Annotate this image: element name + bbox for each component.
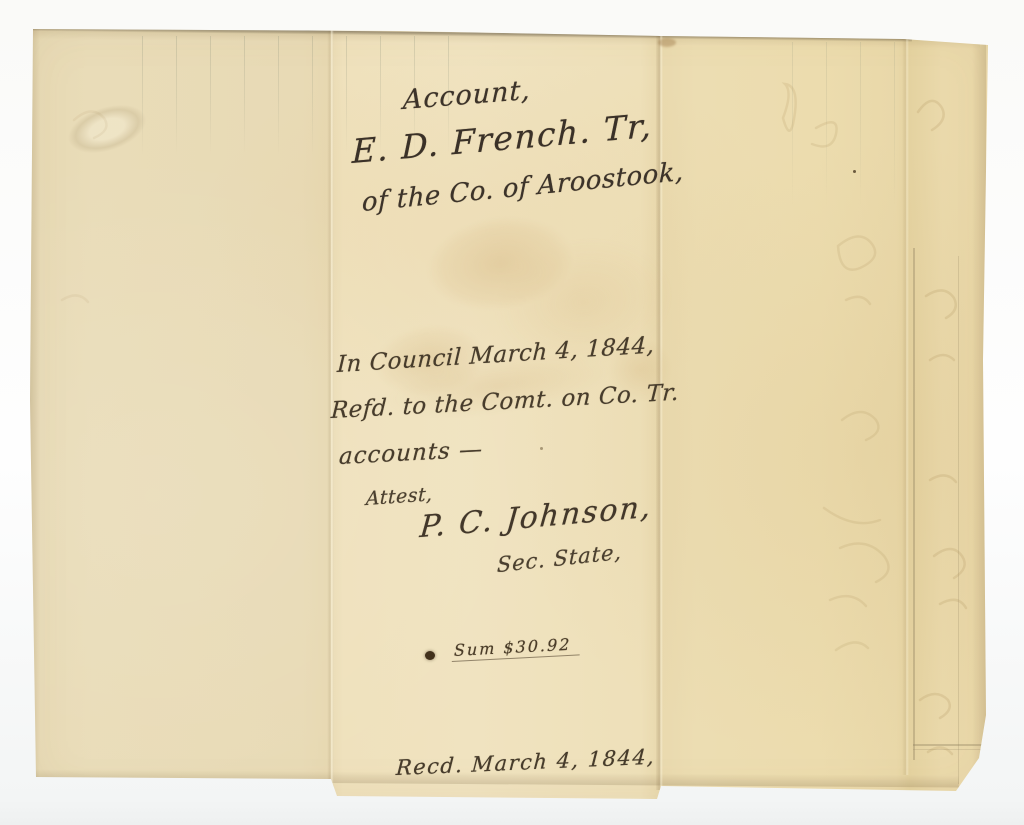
ink-speck bbox=[853, 170, 856, 173]
ledger-column-line bbox=[913, 248, 915, 760]
secretary-signature: P. C. Johnson, bbox=[418, 489, 653, 545]
ink-blot bbox=[425, 651, 435, 660]
ledger-ruling-marks-right bbox=[792, 42, 918, 207]
fold-smudge bbox=[658, 38, 676, 47]
ledger-row-line bbox=[913, 744, 985, 746]
paper-left-edge bbox=[30, 29, 40, 779]
secretary-title: Sec. State, bbox=[497, 540, 623, 577]
paper-sheet: Account, E. D. French. Tr, of the Co. of… bbox=[0, 0, 1024, 825]
council-note-line-3: accounts — bbox=[338, 436, 483, 470]
scanned-document: Account, E. D. French. Tr, of the Co. of… bbox=[0, 0, 1024, 825]
amount-note: Sum $30.92 bbox=[452, 634, 580, 662]
ledger-row-line bbox=[913, 749, 985, 750]
ink-speck bbox=[540, 447, 543, 450]
paper-right-edge bbox=[972, 40, 986, 790]
ledger-column-line bbox=[958, 256, 959, 784]
attest-label: Attest, bbox=[366, 483, 433, 510]
